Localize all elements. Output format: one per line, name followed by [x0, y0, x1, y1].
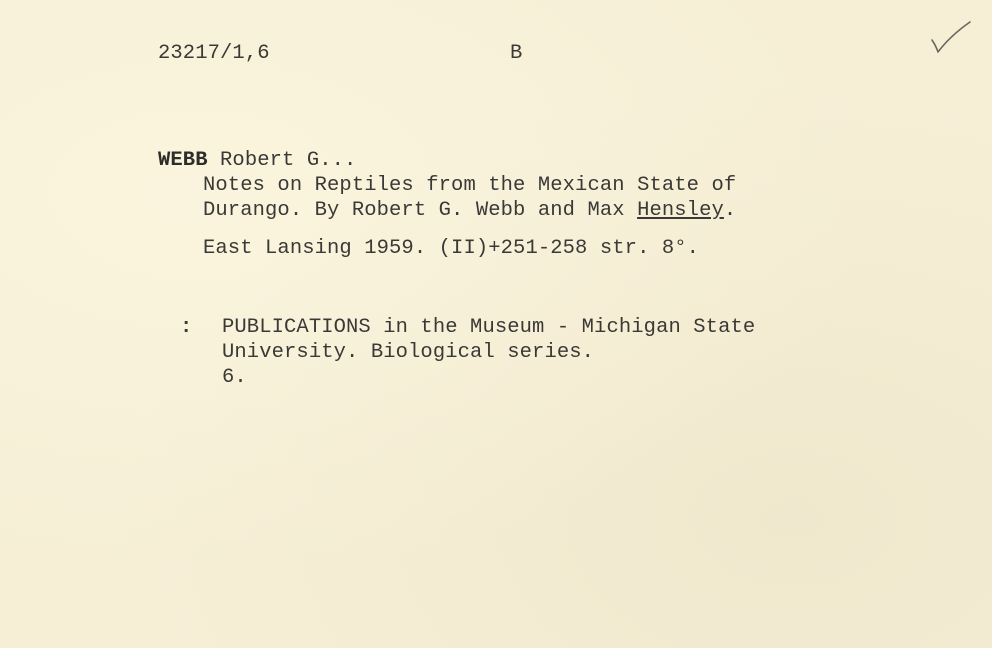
series-line-1: PUBLICATIONS in the Museum - Michigan St…	[222, 316, 755, 340]
series-line-3: 6.	[222, 366, 247, 390]
author-given-names: Robert G...	[208, 149, 357, 172]
series-letter: B	[510, 42, 522, 66]
call-number: 23217/1,6	[158, 42, 270, 66]
series-bullet: :	[180, 316, 192, 340]
author-surname: WEBB	[158, 149, 208, 172]
title-line-2-end: .	[724, 199, 736, 222]
title-line-1: Notes on Reptiles from the Mexican State…	[203, 174, 736, 198]
underlined-coauthor: Hensley	[637, 199, 724, 222]
title-line-2: Durango. By Robert G. Webb and Max Hensl…	[203, 199, 736, 223]
catalog-card: 23217/1,6 B WEBB Robert G... Notes on Re…	[0, 0, 992, 648]
imprint-line: East Lansing 1959. (II)+251-258 str. 8°.	[203, 237, 699, 261]
title-line-2-text: Durango. By Robert G. Webb and Max	[203, 199, 637, 222]
author-heading: WEBB Robert G...	[158, 149, 356, 173]
checkmark-icon	[928, 18, 974, 58]
series-line-2: University. Biological series.	[222, 341, 594, 365]
